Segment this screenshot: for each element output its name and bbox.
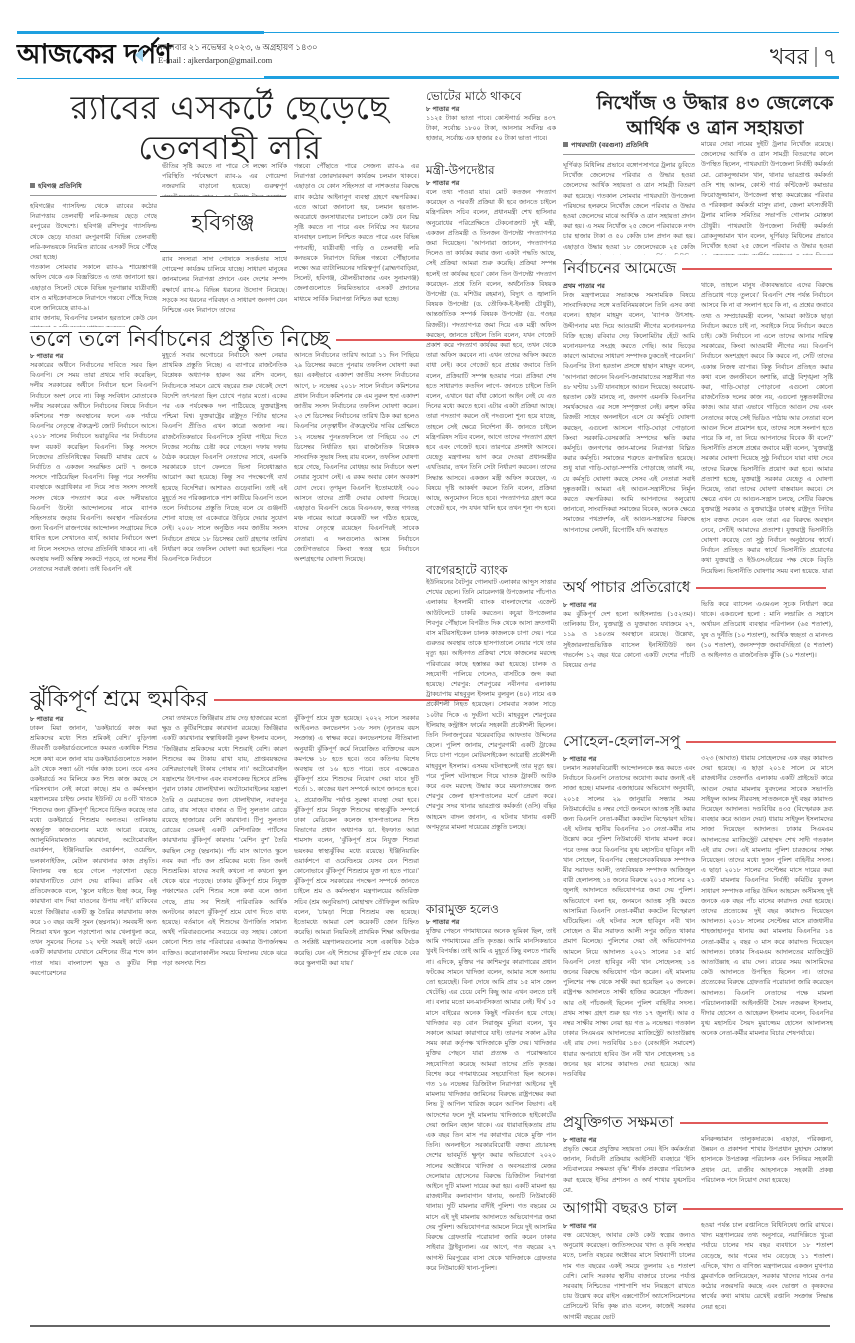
continuation-label: ৮ পাতার পর [426, 104, 556, 114]
headline-text: অর্থ পাচার প্রতিরোধে [563, 578, 690, 596]
paragraph: গন্তব্যে পৌঁছাতে পারে সেজন্য র‌্যাব-৯ এর… [294, 162, 419, 305]
headline-rule [683, 1208, 843, 1210]
paragraph: মনিরুজ্জামান তালুকদারকে। এছাড়া, পরিকল্প… [701, 1135, 833, 1186]
continuation-label: ৮ পাতার পর [30, 351, 157, 361]
paragraph: ১১২৫ টাকা ভাতা পাবে। কোস্টগার্ড সর্বনিম্… [426, 114, 556, 145]
location-label: হবিগঞ্জ [160, 196, 286, 252]
sohel-col-1: ৮ পাতার পর চলমান সরকারবিরোধী আন্দোলনকে স… [563, 754, 695, 1099]
paragraph: বলে তথ্য পাওয়া যায়। মোট কতজন পদত্যাগ ক… [426, 188, 556, 515]
article-headline-child-labour[interactable]: ঝুঁকিপূর্ণ শ্রমে হুমকির [30, 686, 469, 714]
headline-line-2: আর্থিক ও ত্রান সহায়তা [580, 116, 850, 141]
byline: হবিগঞ্জ প্রতিনিধি [30, 181, 157, 192]
headline-text: ভোটের মাঠে থাকবে [426, 89, 521, 103]
masthead-top-bar [17, 31, 264, 34]
headline-text: প্রযুক্তিগত সক্ষমতা [563, 1113, 674, 1131]
paragraph: মায়ের দোয়া নামের দুইটি ট্রলার নিখোঁজ র… [701, 140, 833, 255]
election-mood-col-1: প্রথম পাতার পর নিজ মন্ত্রণালয়ের সভাকক্ষ… [563, 281, 695, 573]
headline-text: নির্বাচনের আমেজে [563, 259, 676, 277]
paragraph: গতকাল সোমবার সকালে র‌্যাব-৯ শায়েস্তাগঞ্… [30, 263, 157, 314]
logo-text: আজকের দর্পণ [17, 39, 171, 70]
paragraph: ঢাকন মিয়া জানান, 'ডকইয়ার্ডে কাজ করা শ্… [30, 724, 157, 979]
rice-col-2: হওয়া পর্যন্ত চাল রপ্তানিতে বিধিনিষেধ জা… [701, 1221, 833, 1322]
article-headline-lorry[interactable]: র‌্যাবের এসকর্টে ছেড়েছে তেলবাহী লরি [40, 88, 420, 168]
headline-text: মন্ত্রী-উপদেষ্টার [426, 163, 495, 177]
paragraph: সরকারের অধীনে নির্বাচনের দাবিতে সরব ছিল … [30, 361, 157, 571]
email-line: E-mail : ajkerdarpon@gmail.com [158, 54, 318, 67]
tech-col-2: মনিরুজ্জামান তালুকদারকে। এছাড়া, পরিকল্প… [701, 1135, 833, 1195]
continuation-label: ৮ পাতার পর [563, 754, 695, 764]
continuation-label: ৮ পাতার পর [426, 178, 556, 188]
headline-rule [696, 587, 826, 589]
missing-fishermen-col-2: মায়ের দোয়া নামের দুইটি ট্রলার নিখোঁজ র… [701, 140, 833, 255]
page-section-label: খবর৭ [770, 40, 837, 77]
jail-body: ৮ পাতার পর মুক্তির পেছনে গণমাধ্যমের অনেক… [426, 917, 556, 1322]
headline-line-1: নিখোঁজ ও উদ্ধার ৪৩ জেলেকে [580, 91, 850, 116]
paragraph: চলমান সরকারবিরোধী আন্দোলনকে স্তব্ধ করতে … [563, 764, 695, 1080]
ministers-body: ৮ পাতার পর বলে তথ্য পাওয়া যায়। মোট কতজ… [426, 178, 556, 566]
missing-fishermen-col-1: পাথরঘাটা (বরগুনা) প্রতিনিধি ঘূর্ণিঝড় মি… [563, 140, 695, 255]
masthead-top-line [264, 32, 839, 33]
headline-rule [686, 741, 836, 743]
paragraph: ৩২৩ (আঘাত) ধারায় সোহেলদের এক বছর কারাদণ… [701, 754, 833, 1040]
article-headline-ministers[interactable]: মন্ত্রী-উপদেষ্টার [426, 162, 495, 178]
continuation-label: ৮ পাতার পর [563, 600, 695, 610]
masthead: আজকের দর্পণ মঙ্গলবার ২১ নভেম্বর ২০২৩, ৬ … [17, 31, 839, 78]
lorry-col-3: গন্তব্যে পৌঁছাতে পারে সেজন্য র‌্যাব-৯ এর… [294, 162, 419, 327]
headline-text: আগামী বছরও চাল [563, 1199, 677, 1217]
paragraph: ইউনিয়নের বৈটপুর গোলঘাট এলাকার আব্দুস সা… [426, 578, 556, 833]
article-headline-rice[interactable]: আগামী বছরও চাল [563, 1198, 843, 1218]
headline-rule [680, 1122, 828, 1124]
article-headline-bank[interactable]: বাগেরহাটে ব্যাংক [426, 562, 508, 578]
byline-rule [30, 195, 157, 196]
child-labour-col-3: ঝুঁকিপূর্ণ শ্রমে যুক্ত হয়েছে। ২০২২ সালে… [294, 714, 419, 1322]
paragraph: মুহূর্তে সবার অগোচরে নির্বাচনে অংশ নেয়া… [162, 351, 287, 565]
money-laundering-col-1: ৮ পাতার পর কম ঝুঁকিপূর্ণ দেশ হলো আইসল্যা… [563, 600, 695, 720]
byline: পাথরঘাটা (বরগুনা) প্রতিনিধি [563, 140, 695, 151]
continuation-label: ৮ পাতার পর [563, 1135, 695, 1145]
paragraph: হওয়া পর্যন্ত চাল রপ্তানিতে বিধিনিষেধ জা… [701, 1221, 833, 1313]
lorry-col-2: ভীতির সৃষ্টি করতে না পারে সে লক্ষ্যে সার… [162, 162, 287, 196]
paragraph: নিজ মন্ত্রণালয়ের সভাকক্ষে সমসাময়িক বিষ… [563, 291, 695, 536]
paragraph: কম ঝুঁকিপূর্ণ দেশ হলো আইসল্যান্ড (১৫২তম)… [563, 610, 695, 671]
paragraph: সেয়া তথ্যমতে জিঞ্জিরায় প্রায় দেড় হাজ… [162, 714, 287, 969]
money-laundering-col-2: ভিত্তি করে ব্যাসেল এএমএল সূচক নির্ধারণ ক… [701, 600, 833, 720]
article-headline-money-laundering[interactable]: অর্থ পাচার প্রতিরোধে [563, 577, 826, 597]
article-headline-tech[interactable]: প্রযুক্তিগত সক্ষমতা [563, 1112, 828, 1132]
sohel-col-2: ৩২৩ (আঘাত) ধারায় সোহেলদের এক বছর কারাদণ… [701, 754, 833, 1099]
byline-rule [563, 154, 695, 155]
election-prep-col-2: মুহূর্তে সবার অগোচরে নির্বাচনে অংশ নেয়া… [162, 351, 287, 571]
paragraph: আনতে নির্বাচনের তারিখ আরো ১১ দিন পিছিয়ে… [294, 351, 419, 565]
pipe-divider [815, 47, 817, 67]
masthead-meta: মঙ্গলবার ২১ নভেম্বর ২০২৩, ৬ অগ্রহায়ণ ১৪… [158, 41, 318, 67]
child-labour-col-1: ৮ পাতার পর ঢাকন মিয়া জানান, 'ডকইয়ার্ডে… [30, 714, 157, 1322]
election-mood-col-2: থাকে, তাহলে মানুষ ঐক্যবদ্ধভাবে এদের বিরু… [701, 281, 833, 573]
paragraph: থাকে, তাহলে মানুষ ঐক্যবদ্ধভাবে এদের বিরু… [701, 281, 833, 573]
lorry-col-1: হবিগঞ্জ প্রতিনিধি হবিগঞ্জের গ্যাসফিল্ড থ… [30, 181, 157, 327]
section-name: খবর [770, 45, 809, 70]
page-number: ৭ [823, 45, 837, 70]
date-line: মঙ্গলবার ২১ নভেম্বর ২০২৩, ৬ অগ্রহায়ণ ১৪… [158, 41, 318, 54]
triangle-left-icon [135, 48, 143, 62]
newspaper-logo: আজকের দর্পণ [17, 39, 171, 71]
paragraph: প্রভৃতি ক্ষেত্রে প্রযুক্তির সহায়তা নেয়… [563, 1145, 695, 1195]
paragraph: হবিগঞ্জের গ্যাসফিল্ড থেকে র‌্যাবের কঠোর … [30, 202, 157, 263]
paragraph: মুক্তির পেছনে গণমাধ্যমের অনেক ভূমিকা ছিল… [426, 927, 556, 1274]
article-headline-election-mood[interactable]: নির্বাচনের আমেজে [563, 258, 832, 278]
lorry-col-2b: র‌্যাব সদস্যরা সাদা পোষাকে সতর্কতার সাথে… [162, 255, 287, 327]
headline-text: কারামুক্ত হলেও [426, 902, 499, 916]
headline-text: ঝুঁকিপূর্ণ শ্রমে হুমকির [30, 687, 208, 712]
election-prep-col-1: ৮ পাতার পর সরকারের অধীনে নির্বাচনের দাবি… [30, 351, 157, 571]
bank-body: ইউনিয়নের বৈটপুর গোলঘাট এলাকার আব্দুস সা… [426, 578, 556, 878]
masthead-bottom-line [17, 78, 264, 79]
child-labour-col-2: সেয়া তথ্যমতে জিঞ্জিরায় প্রায় দেড় হাজ… [162, 714, 287, 1322]
headline-text: সোহেল-হেলাল-সপু [563, 732, 680, 750]
election-prep-col-3: আনতে নির্বাচনের তারিখ আরো ১১ দিন পিছিয়ে… [294, 351, 419, 571]
paragraph: ভীতির সৃষ্টি করতে না পারে সে লক্ষ্যে সার… [162, 162, 287, 196]
headline-text: তলে তলে নির্বাচনের প্রস্তুতি নিচ্ছে [30, 327, 330, 352]
article-headline-jail[interactable]: কারামুক্ত হলেও [426, 901, 499, 917]
paragraph: বন্ধ রেখেছেন, আবার কেউ কেউ স্বল্পের জন্য… [563, 1231, 695, 1322]
headline-text: বাগেরহাটে ব্যাংক [426, 563, 508, 577]
continuation-label: ৮ পাতার পর [426, 917, 556, 927]
paragraph: ঝুঁকিপূর্ণ শ্রমে যুক্ত হয়েছে। ২০২২ সালে… [294, 714, 419, 969]
paragraph: র‌্যাব সদস্যরা সাদা পোষাকে সতর্কতার সাথে… [162, 255, 287, 316]
tech-col-1: ৮ পাতার পর প্রভৃতি ক্ষেত্রে প্রযুক্তির স… [563, 1135, 695, 1195]
continuation-label: ৮ পাতার পর [563, 1221, 695, 1231]
rice-col-1: ৮ পাতার পর বন্ধ রেখেছেন, আবার কেউ কেউ স্… [563, 1221, 695, 1322]
continuation-label: প্রথম পাতার পর [563, 281, 695, 291]
article-headline-missing-fishermen[interactable]: নিখোঁজ ও উদ্ধার ৪৩ জেলেকে আর্থিক ও ত্রান… [580, 91, 850, 141]
masthead-bottom-bar [264, 76, 839, 79]
continuation-label: ৮ পাতার পর [30, 714, 157, 724]
voter-body: ৮ পাতার পর ১১২৫ টাকা ভাতা পাবে। কোস্টগার… [426, 104, 556, 148]
footer-rule [30, 1325, 830, 1327]
article-headline-voter[interactable]: ভোটের মাঠে থাকবে [426, 88, 521, 104]
paragraph: ঘূর্ণিঝড় মিধিলির প্রভাবে বঙ্গোপসাগরে ট্… [563, 161, 695, 255]
paragraph: ভিত্তি করে ব্যাসেল এএমএল সূচক নির্ধারণ ক… [701, 600, 833, 661]
article-headline-sohel[interactable]: সোহেল-হেলাল-সপু [563, 731, 836, 751]
headline-rule [682, 268, 832, 270]
headline-line-1: র‌্যাবের এসকর্টে ছেড়েছে [40, 88, 420, 128]
